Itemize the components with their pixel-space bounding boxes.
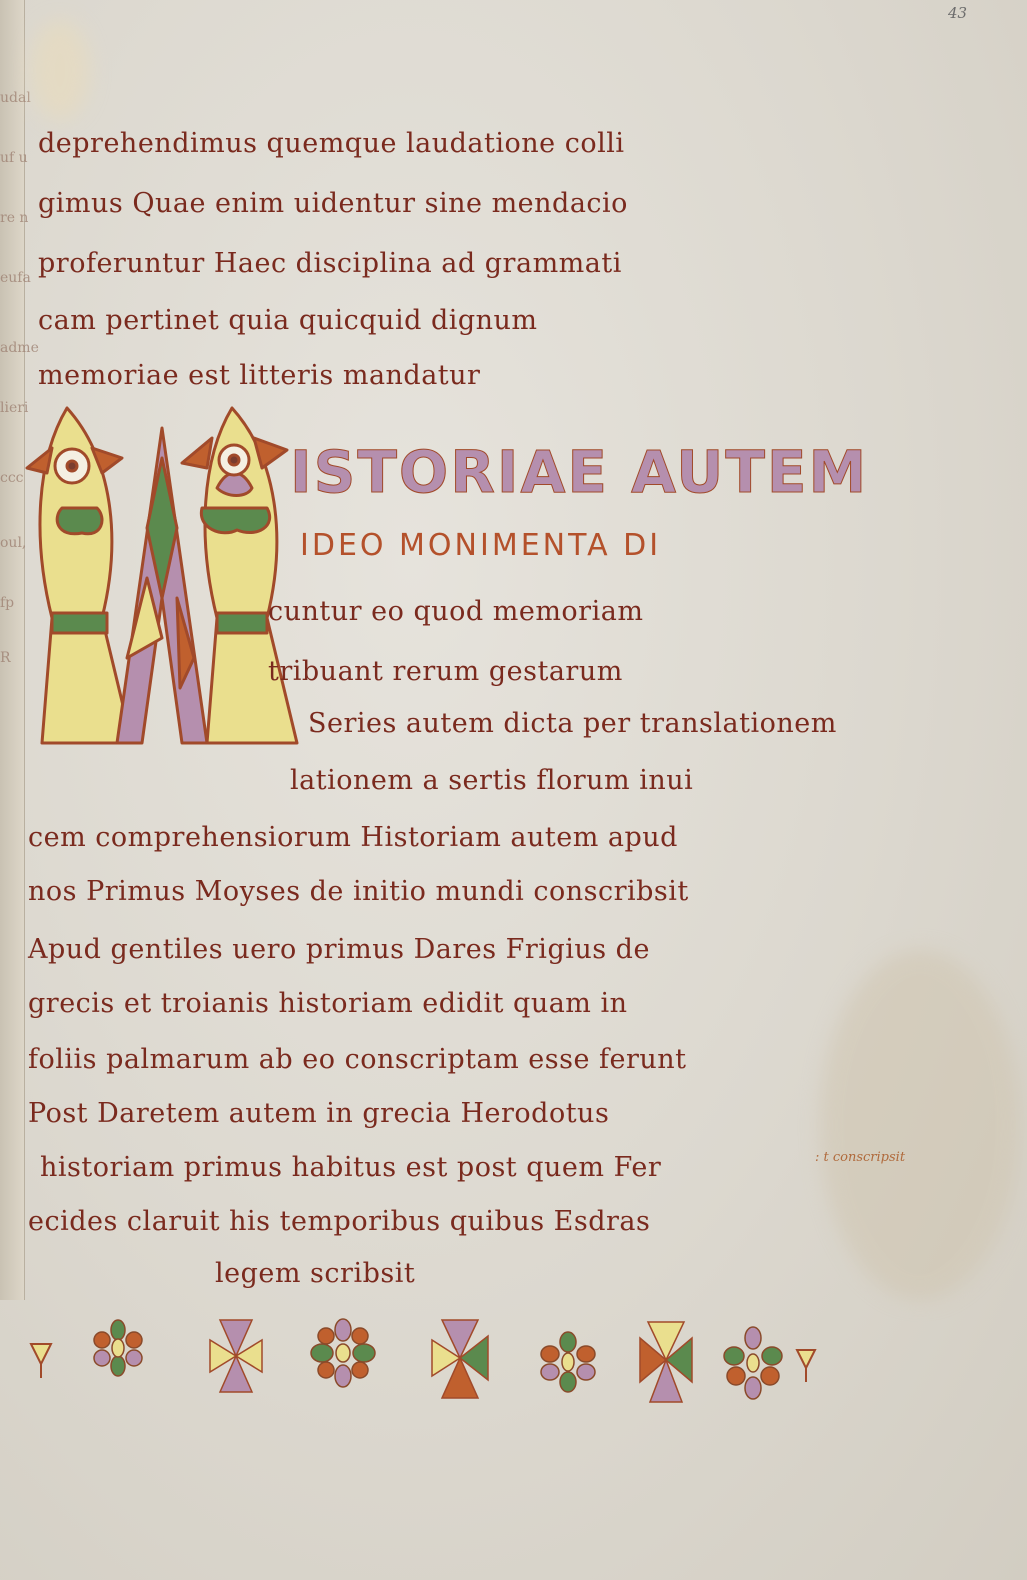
margin-fragment: R [0, 650, 11, 666]
text-line: memoriae est litteris mandatur [38, 360, 480, 391]
text-line: deprehendimus quemque laudatione colli [38, 128, 625, 159]
margin-fragment: udal [0, 90, 31, 106]
text-line: Post Daretem autem in grecia Herodotus [28, 1098, 609, 1129]
rubric-subheading: IDEO MONIMENTA DI [300, 528, 661, 563]
rubric-heading: ISTORIAE AUTEM [290, 438, 868, 506]
text-line: grecis et troianis historiam edidit quam… [28, 988, 628, 1019]
text-line: tribuant rerum gestarum [268, 656, 623, 687]
parchment-stain [820, 950, 1020, 1300]
text-line: cuntur eo quod memoriam [268, 596, 643, 627]
text-line: cem comprehensiorum Historiam autem apud [28, 822, 678, 853]
margin-fragment: ccc [0, 470, 24, 486]
rosette-icon [88, 1318, 148, 1378]
cross-pattee-icon [208, 1318, 264, 1394]
text-line: cam pertinet quia quicquid dignum [38, 305, 538, 336]
margin-fragment: uf u [0, 150, 28, 166]
text-line: Series autem dicta per translationem [308, 708, 837, 739]
decorated-initial-m-fish [22, 398, 300, 758]
text-line: legem scribsit [215, 1258, 415, 1289]
margin-fragment: eufa [0, 270, 31, 286]
text-line: gimus Quae enim uidentur sine mendacio [38, 188, 628, 219]
text-line: foliis palmarum ab eo conscriptam esse f… [28, 1044, 687, 1075]
decorative-border-row [28, 1318, 818, 1408]
text-line: Apud gentiles uero primus Dares Frigius … [28, 934, 650, 965]
triangle-mark-icon [794, 1346, 818, 1386]
cross-pattee-icon [638, 1320, 694, 1404]
triangle-mark-icon [28, 1340, 54, 1380]
rosette-icon [536, 1330, 600, 1394]
text-line: ecides claruit his temporibus quibus Esd… [28, 1206, 650, 1237]
text-line: lationem a sertis florum inui [290, 765, 693, 796]
text-line: historiam primus habitus est post quem F… [40, 1152, 661, 1183]
margin-fragment: adme [0, 340, 39, 356]
text-line: nos Primus Moyses de initio mundi conscr… [28, 876, 689, 907]
marginal-gloss: : t conscripsit [815, 1150, 905, 1165]
rosette-icon [720, 1326, 786, 1400]
folio-number: 43 [948, 4, 967, 22]
text-line: proferuntur Haec disciplina ad grammati [38, 248, 622, 279]
margin-fragment: re n [0, 210, 28, 226]
margin-fragment: fp [0, 595, 14, 611]
cross-pattee-icon [430, 1318, 490, 1400]
parchment-stain [30, 20, 90, 120]
rubric-heading-text: ISTORIAE AUTEM [290, 438, 868, 506]
rosette-icon [308, 1318, 378, 1388]
